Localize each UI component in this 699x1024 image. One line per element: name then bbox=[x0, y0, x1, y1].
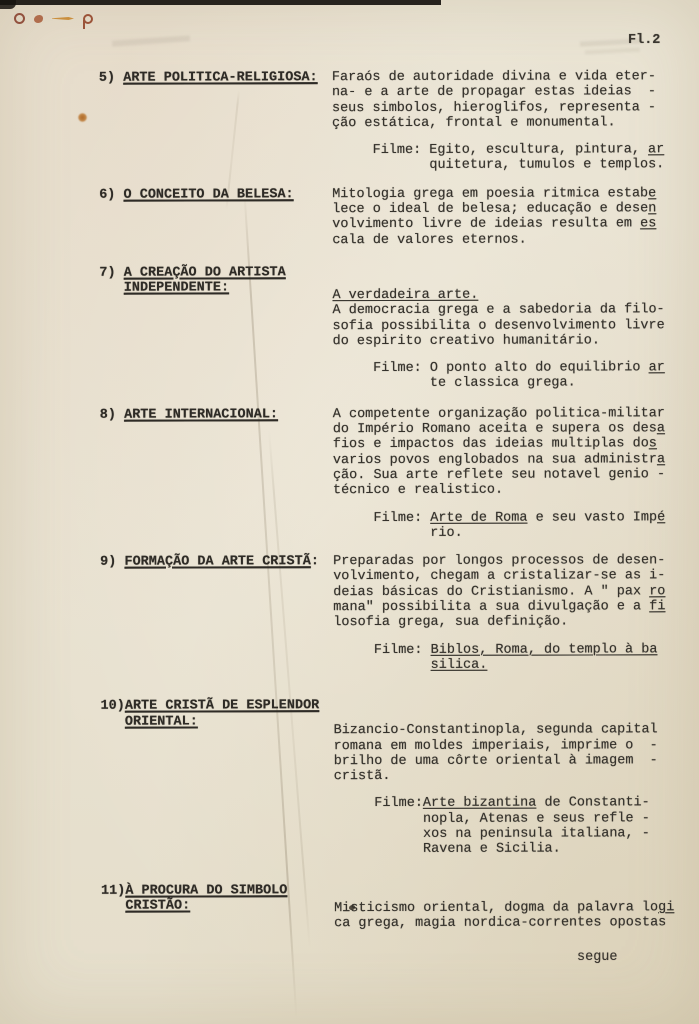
body-line: Bizancio-Constantinopla, segunda capital bbox=[334, 722, 679, 738]
section-body: Misticismo oriental, dogma da palavra lo… bbox=[334, 900, 679, 931]
filme-line: xos na peninsula italiana, - bbox=[334, 826, 679, 842]
stamp-p-mark bbox=[83, 14, 93, 24]
body-line: sofia possibilita o desenvolvimento livr… bbox=[333, 318, 678, 334]
section-9: 9) FORMAÇÃO DA ARTE CRISTÃ:Preparadas po… bbox=[100, 553, 678, 674]
stamp-blob-mark bbox=[34, 15, 43, 23]
body-line: seus simbolos, hieroglifos, representa - bbox=[332, 100, 677, 116]
filme-line: Filme: O ponto alto do equilibrio ar bbox=[333, 360, 678, 376]
section-body: Mitologia grega em poesia ritmica estabe… bbox=[332, 186, 677, 248]
section-10: 10)ARTE CRISTÃ DE ESPLENDOR ORIENTAL:Biz… bbox=[101, 697, 679, 858]
body-line: volvimento, chegam a cristalizar-se as i… bbox=[333, 569, 678, 585]
filme-note: Filme: Arte de Roma e seu vasto Impé rio… bbox=[333, 510, 678, 541]
body-line: na- e a arte de propagar estas ideias - bbox=[332, 85, 677, 101]
folio-number: Fl.2 bbox=[628, 33, 660, 48]
body-line: ca grega, magia nordica-correntes oposta… bbox=[334, 915, 679, 931]
scanned-typewritten-page: { "page": { "folio": "Fl.2", "footer_not… bbox=[0, 0, 699, 1024]
filme-line: Filme: Arte de Roma e seu vasto Impé bbox=[333, 510, 678, 526]
body-line: Preparadas por longos processos de desen… bbox=[333, 553, 678, 569]
heading-line: CRISTÃO: bbox=[101, 898, 334, 914]
filme-note: Filme: O ponto alto do equilibrio ar te … bbox=[333, 360, 678, 391]
filme-note: Filme: Biblos, Roma, do templo à ba sili… bbox=[333, 642, 678, 673]
filme-line: silica. bbox=[333, 657, 678, 673]
section-8: 8) ARTE INTERNACIONAL:A competente organ… bbox=[100, 406, 678, 542]
stamp-ring-mark bbox=[14, 13, 25, 24]
body-line: do espirito creativo humanitário. bbox=[333, 333, 678, 349]
section-5: 5) ARTE POLITICA-RELIGIOSA:Faraós de aut… bbox=[99, 69, 677, 174]
section-heading: 7) A CREAÇÃO DO ARTISTA INDEPENDENTE: bbox=[99, 265, 332, 392]
body-line: Misticismo oriental, dogma da palavra lo… bbox=[334, 900, 679, 916]
heading-line: 10)ARTE CRISTÃ DE ESPLENDOR bbox=[101, 698, 334, 714]
stamp-arrow-mark bbox=[52, 17, 74, 20]
filme-note: Filme: Egito, escultura, pintura, ar qui… bbox=[332, 142, 677, 173]
section-heading: 9) FORMAÇÃO DA ARTE CRISTÃ: bbox=[100, 554, 333, 674]
heading-line: 5) ARTE POLITICA-RELIGIOSA: bbox=[99, 70, 332, 86]
section-11: 11)À PROCURA DO SIMBOLO CRISTÃO:Misticis… bbox=[101, 882, 679, 932]
page-top-corner-shadow bbox=[0, 0, 16, 9]
heading-line: INDEPENDENTE: bbox=[99, 280, 332, 296]
body-line: varios povos englobados na sua administr… bbox=[333, 452, 678, 468]
section-body: Preparadas por longos processos de desen… bbox=[333, 553, 678, 673]
heading-line: ORIENTAL: bbox=[101, 714, 334, 730]
body-line: cala de valores eternos. bbox=[332, 232, 677, 248]
body-line: deias básicas do Cristianismo. A " pax r… bbox=[333, 584, 678, 600]
section-heading: 11)À PROCURA DO SIMBOLO CRISTÃO: bbox=[101, 883, 334, 932]
body-line: brilho de uma côrte oriental à imagem - bbox=[334, 753, 679, 769]
body-line: cristã. bbox=[334, 768, 679, 784]
section-6: 6) O CONCEITO DA BELESA:Mitologia grega … bbox=[99, 186, 677, 249]
body-line: volvimento livre de ideias resulta em es bbox=[332, 217, 677, 233]
heading-line: 11)À PROCURA DO SIMBOLO bbox=[101, 883, 334, 899]
body-line: lece o ideal de belesa; educação e desen bbox=[332, 201, 677, 217]
filme-line: Ravena e Sicilia. bbox=[334, 842, 679, 858]
body-line: Mitologia grega em poesia ritmica estabe bbox=[332, 186, 677, 202]
section-7: 7) A CREAÇÃO DO ARTISTA INDEPENDENTE:A v… bbox=[99, 264, 677, 392]
heading-line: 9) FORMAÇÃO DA ARTE CRISTÃ: bbox=[100, 554, 333, 570]
section-heading: 6) O CONCEITO DA BELESA: bbox=[99, 187, 332, 249]
rust-spot bbox=[78, 113, 87, 122]
filme-line: Filme:Arte bizantina de Constanti- bbox=[334, 796, 679, 812]
body-line: fios e impactos das ideias multiplas dos bbox=[333, 437, 678, 453]
filme-note: Filme:Arte bizantina de Constanti- nopla… bbox=[334, 796, 679, 858]
section-heading: 5) ARTE POLITICA-RELIGIOSA: bbox=[99, 70, 332, 174]
filme-line: quitetura, tumulos e templos. bbox=[332, 158, 677, 174]
body-line: A verdadeira arte. bbox=[332, 287, 677, 303]
body-line: do Império Romano aceita e supera os des… bbox=[333, 421, 678, 437]
filme-line: Filme: Biblos, Roma, do templo à ba bbox=[333, 642, 678, 658]
section-body: Faraós de autoridade divina e vida eter-… bbox=[332, 69, 677, 174]
body-line: romana em moldes imperiais, imprime o - bbox=[334, 738, 679, 754]
section-heading: 8) ARTE INTERNACIONAL: bbox=[100, 407, 333, 542]
filme-line: te classica grega. bbox=[333, 376, 678, 392]
stamp-marks bbox=[14, 13, 93, 24]
heading-line: 8) ARTE INTERNACIONAL: bbox=[100, 407, 333, 423]
section-body: Bizancio-Constantinopla, segunda capital… bbox=[334, 722, 679, 857]
section-body: A competente organização politica-milita… bbox=[333, 406, 678, 541]
body-line: ção estática, frontal e monumental. bbox=[332, 115, 677, 131]
filme-line: nopla, Atenas e seus refle - bbox=[334, 811, 679, 827]
filme-line: Filme: Egito, escultura, pintura, ar bbox=[332, 142, 677, 158]
body-line: mana" possibilita a sua divulgação e a f… bbox=[333, 599, 678, 615]
body-line: losofia grega, sua definição. bbox=[333, 615, 678, 631]
continuation-note: segue bbox=[577, 950, 618, 965]
body-line: técnico e realistico. bbox=[333, 482, 678, 498]
document-sections: 5) ARTE POLITICA-RELIGIOSA:Faraós de aut… bbox=[99, 69, 679, 932]
body-line: A democracia grega e a sabedoria da filo… bbox=[332, 303, 677, 319]
filme-line: rio. bbox=[333, 525, 678, 541]
body-line: ção. Sua arte reflete seu notavel genio … bbox=[333, 467, 678, 483]
heading-line: 6) O CONCEITO DA BELESA: bbox=[99, 187, 332, 203]
page-top-edge-shadow bbox=[0, 0, 441, 5]
body-line: A competente organização politica-milita… bbox=[333, 406, 678, 422]
heading-line: 7) A CREAÇÃO DO ARTISTA bbox=[99, 265, 332, 281]
section-heading: 10)ARTE CRISTÃ DE ESPLENDOR ORIENTAL: bbox=[101, 698, 334, 858]
body-line: Faraós de autoridade divina e vida eter- bbox=[332, 69, 677, 85]
section-body: A verdadeira arte.A democracia grega e a… bbox=[332, 287, 677, 392]
